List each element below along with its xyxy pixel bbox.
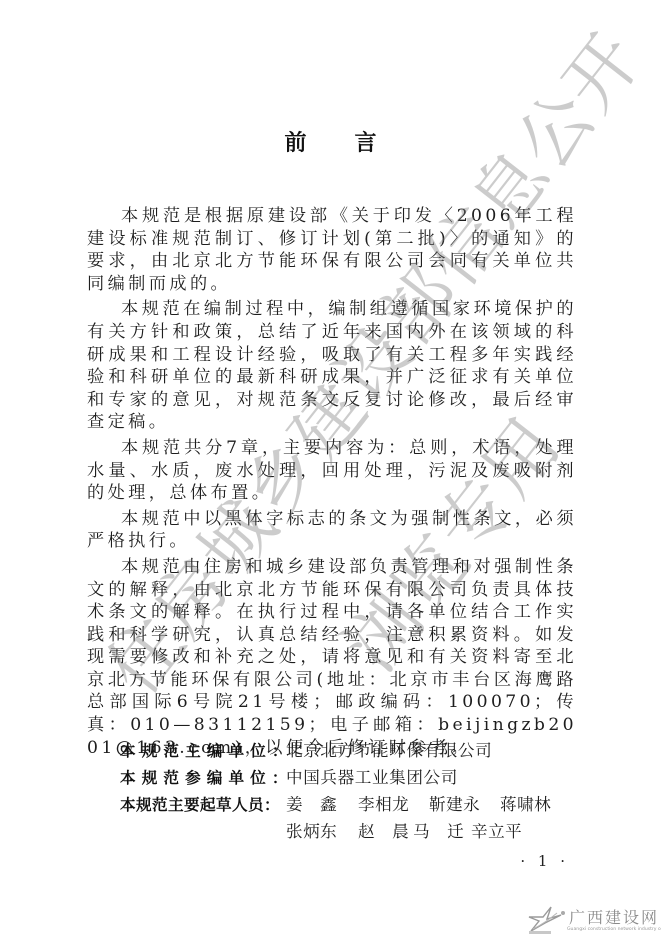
page-number: · 1 ·: [520, 852, 569, 870]
paragraph-compilation: 本规范在编制过程中，编制组遵循国家环境保护的有关方针和政策，总结了近年来国内外在…: [87, 298, 577, 434]
paragraph-management: 本规范由住房和城乡建设部负责管理和对强制性条文的解释，由北京北方节能环保有限公司…: [87, 556, 577, 759]
drafters-names-line2: 张炳东 赵 晨 马 迁 辛立平: [286, 818, 522, 842]
chief-unit-value: 北京北方节能环保有限公司: [286, 737, 492, 761]
drafters-names-line1: 姜 鑫 李相龙 靳建永 蒋啸林: [286, 791, 551, 815]
title-char-2: 言: [355, 126, 377, 157]
preface-body: 本规范是根据原建设部《关于印发〈2006年工程建设标准规范制订、修订计划(第二批…: [87, 205, 577, 762]
paragraph-origin: 本规范是根据原建设部《关于印发〈2006年工程建设标准规范制订、修订计划(第二批…: [87, 205, 577, 295]
chief-unit-row: 本规范主编单位： 北京北方节能环保有限公司: [120, 737, 580, 764]
participating-unit-label: 本规范参编单位：: [120, 766, 286, 788]
chief-unit-label: 本规范主编单位：: [120, 739, 286, 761]
drafter-name: 辛立平: [471, 818, 522, 842]
drafter-name: 李相龙: [358, 791, 429, 815]
site-logo: 广西建设网 Guangxi construction network indus…: [527, 903, 657, 939]
participating-unit-value: 中国兵器工业集团公司: [286, 764, 458, 788]
drafters-label: 本规范主要起草人员：: [120, 793, 286, 815]
logo-dot-icon: [561, 911, 565, 915]
drafter-name: 马 迁: [413, 818, 471, 842]
drafter-name: 张炳东: [286, 818, 358, 842]
logo-title: 广西建设网: [569, 905, 659, 928]
drafters-row-2: 张炳东 赵 晨 马 迁 辛立平: [120, 818, 580, 845]
drafter-name: 蒋啸林: [500, 791, 551, 815]
participating-unit-row: 本规范参编单位： 中国兵器工业集团公司: [120, 764, 580, 791]
paragraph-contents: 本规范共分7章，主要内容为：总则，术语，处理水量、水质，废水处理，回用处理，污泥…: [87, 437, 577, 505]
drafters-row: 本规范主要起草人员： 姜 鑫 李相龙 靳建永 蒋啸林: [120, 791, 580, 818]
drafter-name: 赵 晨: [358, 818, 413, 842]
paragraph-mandatory: 本规范中以黑体字标志的条文为强制性条文，必须严格执行。: [87, 508, 577, 553]
drafter-name: 靳建永: [429, 791, 500, 815]
credits-block: 本规范主编单位： 北京北方节能环保有限公司 本规范参编单位： 中国兵器工业集团公…: [120, 737, 580, 845]
page-title: 前言: [0, 126, 661, 157]
document-page: 前言 本规范是根据原建设部《关于印发〈2006年工程建设标准规范制订、修订计划(…: [0, 0, 661, 945]
title-char-1: 前: [284, 126, 306, 157]
drafter-name: 姜 鑫: [286, 791, 358, 815]
logo-subtitle: Guangxi construction network industry on…: [567, 927, 661, 932]
star-logo-icon: [527, 905, 563, 935]
